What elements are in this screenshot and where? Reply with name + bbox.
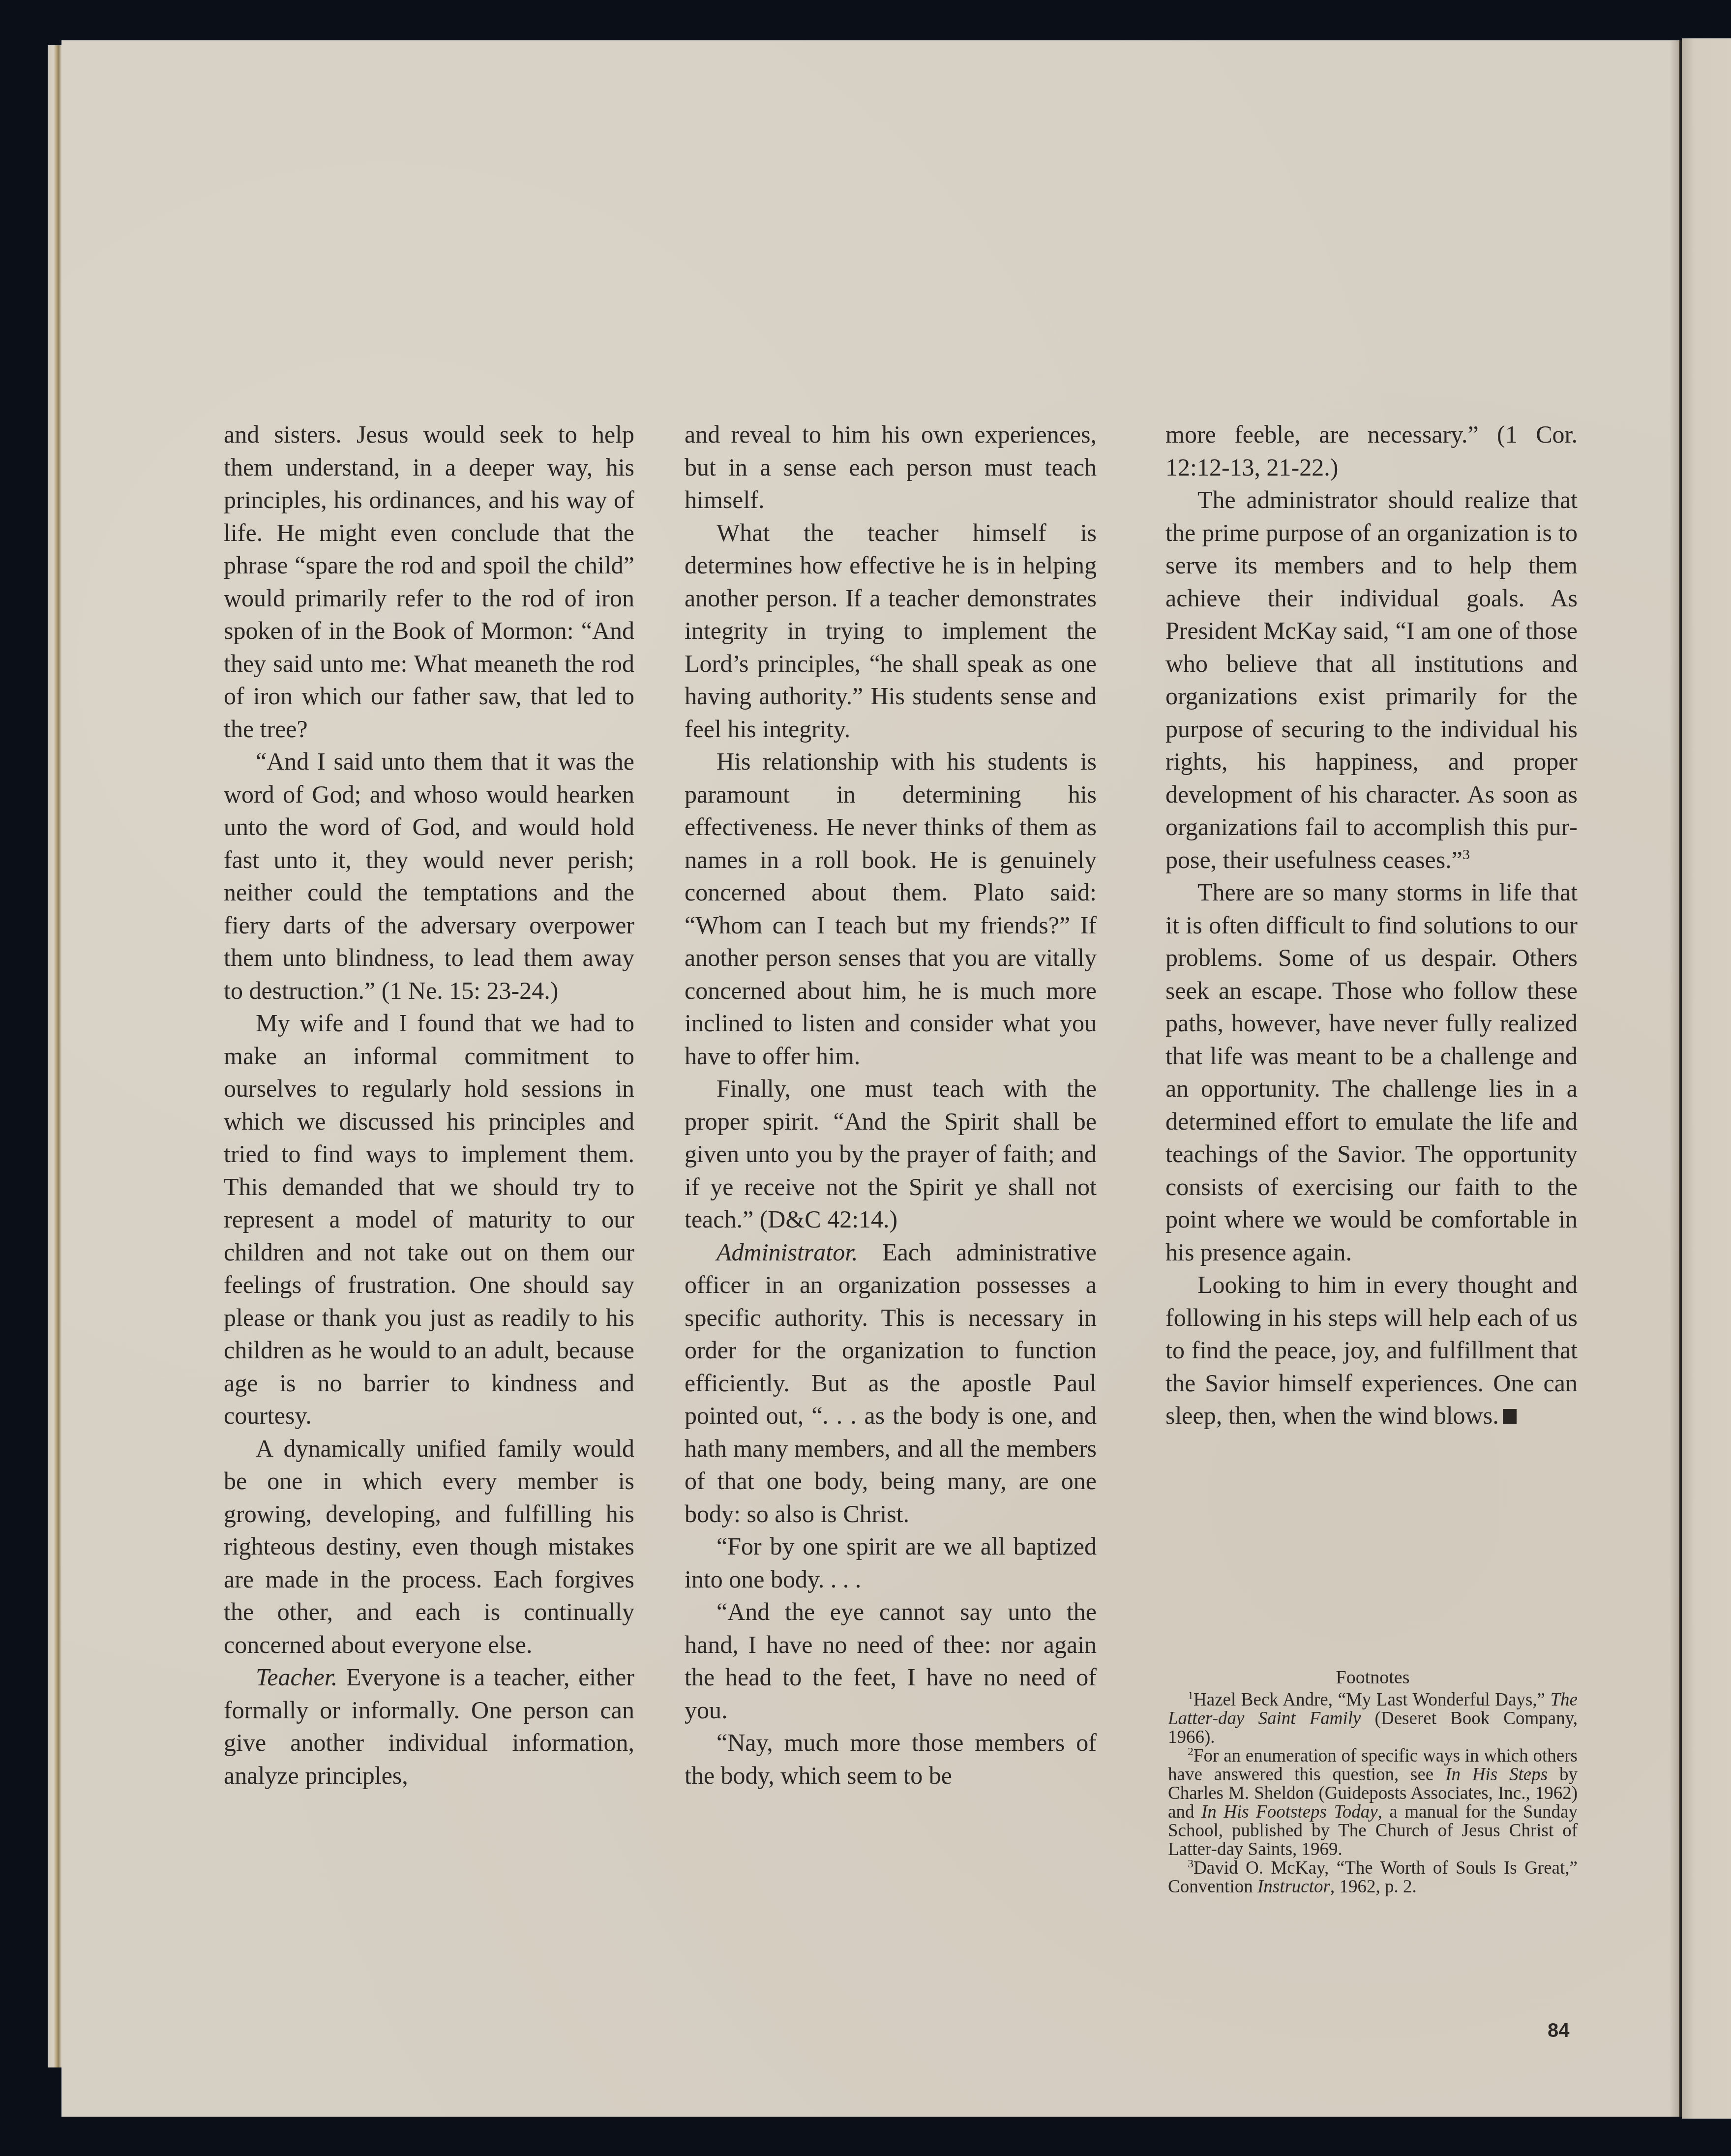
footnote-text: Hazel Beck Andre, “My Last Wonderful Day… <box>1194 1690 1551 1710</box>
paragraph-text: Looking to him in every thought and foll… <box>1165 1271 1578 1429</box>
gutter-shadow <box>1670 40 1682 2117</box>
paragraph: “Nay, much more those mem­bers of the bo… <box>685 1726 1097 1792</box>
facing-page-edge <box>1682 38 1731 2119</box>
text-column-3: more feeble, are necessary.” (1 Cor. 12:… <box>1165 418 1578 1432</box>
paragraph: and reveal to him his own ex­periences, … <box>685 418 1097 516</box>
paragraph-text: “For by one spirit are we all baptized i… <box>685 1532 1097 1593</box>
footnote-item: 1Hazel Beck Andre, “My Last Wonderful Da… <box>1168 1691 1578 1747</box>
paragraph-text: “And the eye cannot say unto the hand, I… <box>685 1598 1097 1724</box>
paragraph: and sisters. Jesus would seek to help th… <box>224 418 634 745</box>
paragraph-text: What the teacher himself is determines h… <box>685 519 1097 743</box>
text-column-2: and reveal to him his own ex­periences, … <box>685 418 1097 1792</box>
footnotes-title: Footnotes <box>1168 1668 1578 1687</box>
footnote-title-italic: Instructor <box>1257 1877 1330 1897</box>
paragraph-text: His relationship with his stu­dents is p… <box>685 748 1097 1070</box>
section-lead: Administrator. <box>716 1238 858 1266</box>
paragraph: There are so many storms in life that it… <box>1165 876 1578 1268</box>
paragraph-text: There are so many storms in life that it… <box>1165 878 1578 1266</box>
footnote-text: , 1962, p. 2. <box>1330 1877 1417 1897</box>
paragraph: Teacher. Everyone is a teacher, either f… <box>224 1661 634 1792</box>
paragraph-text: Each administra­tive officer in an organ… <box>685 1238 1097 1527</box>
paragraph: A dynamically unified family would be on… <box>224 1432 634 1661</box>
paragraph: “And I said unto them that it was the wo… <box>224 745 634 1007</box>
footnote-title-italic: In His Steps <box>1445 1765 1548 1785</box>
footnote-reference: 3 <box>1462 846 1470 863</box>
paragraph-text: “And I said unto them that it was the wo… <box>224 748 634 1004</box>
section-lead: Teacher. <box>256 1663 337 1691</box>
footnote-item: 2For an enumeration of specific ways in … <box>1168 1747 1578 1859</box>
page-number: 84 <box>1548 2020 1570 2042</box>
paragraph: “For by one spirit are we all baptized i… <box>685 1530 1097 1595</box>
paragraph: “And the eye cannot say unto the hand, I… <box>685 1595 1097 1726</box>
paragraph: Administrator. Each administra­tive offi… <box>685 1236 1097 1530</box>
paragraph-text: and reveal to him his own ex­periences, … <box>685 420 1097 513</box>
paragraph-text: and sisters. Jesus would seek to help th… <box>224 420 634 743</box>
paragraph: My wife and I found that we had to make … <box>224 1007 634 1432</box>
paragraph-text: The administrator should realize that th… <box>1165 486 1578 873</box>
paragraph: What the teacher himself is determines h… <box>685 516 1097 746</box>
paragraph: The administrator should realize that th… <box>1165 483 1578 876</box>
end-of-article-square-icon <box>1503 1409 1517 1424</box>
paragraph: Looking to him in every thought and foll… <box>1165 1268 1578 1432</box>
footnote-number: 1 <box>1188 1689 1194 1702</box>
footnote-number: 3 <box>1188 1857 1194 1870</box>
paragraph: His relationship with his stu­dents is p… <box>685 745 1097 1072</box>
footnotes-section: Footnotes 1Hazel Beck Andre, “My Last Wo… <box>1168 1668 1578 1896</box>
paragraph: Finally, one must teach with the proper … <box>685 1072 1097 1236</box>
footnotes-list: 1Hazel Beck Andre, “My Last Wonderful Da… <box>1168 1691 1578 1896</box>
footnote-number: 2 <box>1188 1745 1194 1758</box>
paragraph: more feeble, are necessary.” (1 Cor. 12:… <box>1165 418 1578 483</box>
text-column-1: and sisters. Jesus would seek to help th… <box>224 418 634 1792</box>
paragraph-text: “Nay, much more those mem­bers of the bo… <box>685 1729 1097 1789</box>
paragraph-text: Finally, one must teach with the proper … <box>685 1075 1097 1233</box>
paragraph-text: A dynamically unified family would be on… <box>224 1435 634 1658</box>
paragraph-text: My wife and I found that we had to make … <box>224 1009 634 1429</box>
paragraph-text: more feeble, are necessary.” (1 Cor. 12:… <box>1165 420 1578 481</box>
footnote-title-italic: In His Footsteps Today <box>1201 1802 1378 1822</box>
footnote-item: 3David O. McKay, “The Worth of Souls Is … <box>1168 1859 1578 1896</box>
